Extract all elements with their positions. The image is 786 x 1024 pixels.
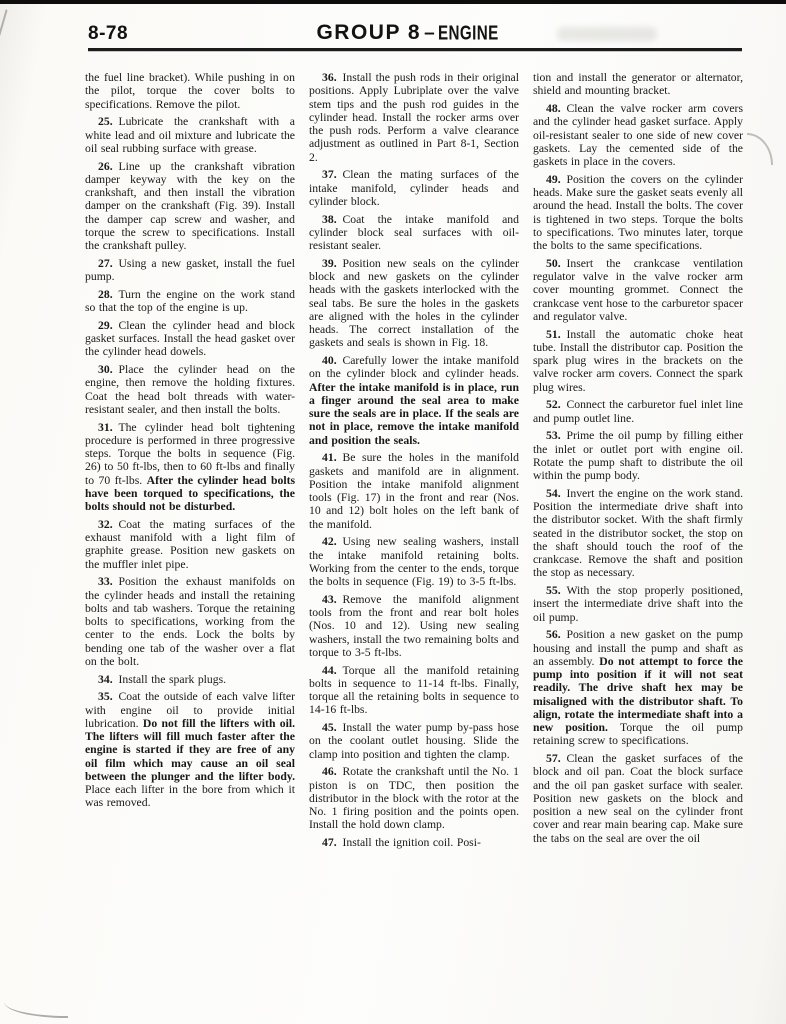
body-text: Line up the crankshaft vibration damper … — [85, 160, 295, 253]
column-3: tion and install the generator or altern… — [533, 71, 743, 1021]
step-paragraph-50: 50. Insert the crankcase ventilation reg… — [533, 257, 743, 323]
body-text: Install the water pump by-pass hose on t… — [309, 721, 519, 761]
body-text: Position the exhaust manifolds on the cy… — [85, 575, 295, 668]
body-text: the fuel line bracket). While pushing in… — [85, 71, 295, 111]
body-text: Be sure the holes in the manifold gasket… — [309, 451, 519, 530]
step-number: 50. — [546, 257, 561, 270]
page-title-group: GROUP 8 — [316, 21, 421, 44]
step-paragraph-39: 39. Position new seals on the cylinder b… — [309, 257, 519, 350]
body-text: Rotate the crankshaft until the No. 1 pi… — [309, 765, 519, 831]
scan-scratch-artifact — [0, 9, 8, 36]
step-number: 34. — [98, 673, 113, 686]
step-number: 31. — [98, 421, 113, 434]
body-text: Coat the intake manifold and cylinder bl… — [309, 213, 519, 253]
step-number: 45. — [322, 721, 337, 734]
step-number: 54. — [546, 487, 561, 500]
step-paragraph-42: 42. Using new sealing washers, install t… — [309, 535, 519, 588]
three-column-body: the fuel line bracket). While pushing in… — [85, 71, 743, 1021]
step-number: 29. — [98, 319, 113, 332]
step-number: 40. — [322, 354, 337, 367]
step-number: 38. — [322, 213, 337, 226]
step-paragraph-51: 51. Install the automatic choke heat tub… — [533, 328, 743, 394]
body-text: Connect the carburetor fuel inlet line a… — [533, 398, 743, 424]
step-number: 28. — [98, 288, 113, 301]
body-text: Turn the engine on the work stand so tha… — [85, 288, 295, 314]
body-text: Place the cylinder head on the engine, t… — [85, 363, 295, 416]
step-paragraph-56: 56. Position a new gasket on the pump ho… — [533, 628, 743, 747]
step-paragraph-49: 49. Position the covers on the cylinder … — [533, 173, 743, 253]
step-paragraph-29: 29. Clean the cylinder head and block ga… — [85, 319, 295, 359]
step-number: 37. — [322, 168, 337, 181]
step-paragraph-41: 41. Be sure the holes in the manifold ga… — [309, 451, 519, 531]
page-title-separator: – — [421, 23, 438, 44]
bold-warning-text: After the intake manifold is in place, r… — [309, 381, 519, 447]
step-paragraph-55: 55. With the stop properly positioned, i… — [533, 584, 743, 624]
step-number: 53. — [546, 429, 561, 442]
step-paragraph-36: 36. Install the push rods in their origi… — [309, 71, 519, 164]
body-text: Clean the mating surfaces of the intake … — [309, 168, 519, 208]
step-paragraph-57: 57. Clean the gasket surfaces of the blo… — [533, 752, 743, 845]
step-number: 52. — [546, 398, 561, 411]
continuation-paragraph: tion and install the generator or altern… — [533, 71, 743, 98]
body-text: Install the ignition coil. Posi- — [342, 836, 480, 849]
step-number: 57. — [546, 752, 561, 765]
step-number: 27. — [98, 257, 113, 270]
body-text: Install the push rods in their original … — [309, 71, 519, 164]
step-number: 43. — [322, 593, 337, 606]
step-number: 25. — [98, 115, 113, 128]
step-paragraph-27: 27. Using a new gasket, install the fuel… — [85, 257, 295, 284]
step-number: 48. — [546, 102, 561, 115]
body-text: Carefully lower the intake manifold on t… — [309, 354, 519, 380]
step-number: 42. — [322, 535, 337, 548]
step-paragraph-46: 46. Rotate the crankshaft until the No. … — [309, 765, 519, 831]
step-number: 47. — [322, 836, 337, 849]
step-paragraph-53: 53. Prime the oil pump by filling either… — [533, 429, 743, 482]
step-number: 49. — [546, 173, 561, 186]
step-paragraph-31: 31. The cylinder head bolt tightening pr… — [85, 421, 295, 514]
step-paragraph-40: 40. Carefully lower the intake manifold … — [309, 354, 519, 447]
step-number: 51. — [546, 328, 561, 341]
step-paragraph-33: 33. Position the exhaust manifolds on th… — [85, 575, 295, 668]
step-number: 30. — [98, 363, 113, 376]
body-text: Invert the engine on the work stand. Pos… — [533, 487, 743, 580]
step-paragraph-54: 54. Invert the engine on the work stand.… — [533, 487, 743, 580]
step-paragraph-48: 48. Clean the valve rocker arm covers an… — [533, 102, 743, 168]
step-number: 56. — [546, 628, 561, 641]
ink-bleedthrough-smudge — [557, 27, 657, 41]
step-number: 44. — [322, 664, 337, 677]
body-text: tion and install the generator or altern… — [533, 71, 743, 97]
body-text: Position new seals on the cylinder block… — [309, 257, 519, 350]
step-paragraph-38: 38. Coat the intake manifold and cylinde… — [309, 213, 519, 253]
body-text: Using a new gasket, install the fuel pum… — [85, 257, 295, 283]
body-text: Place each lifter in the bore from which… — [85, 783, 295, 809]
body-text: Clean the cylinder head and block gasket… — [85, 319, 295, 359]
column-2: 36. Install the push rods in their origi… — [309, 71, 519, 1021]
step-number: 33. — [98, 575, 113, 588]
column-1: the fuel line bracket). While pushing in… — [85, 71, 295, 1021]
body-text: Torque all the manifold retaining bolts … — [309, 664, 519, 717]
step-paragraph-34: 34. Install the spark plugs. — [85, 673, 295, 686]
step-number: 55. — [546, 584, 561, 597]
step-number: 46. — [322, 765, 337, 778]
manual-page: 8-78 GROUP 8–ENGINE the fuel line bracke… — [0, 0, 786, 1024]
step-paragraph-28: 28. Turn the engine on the work stand so… — [85, 288, 295, 315]
step-paragraph-37: 37. Clean the mating surfaces of the int… — [309, 168, 519, 208]
page-title-section: ENGINE — [438, 22, 499, 46]
scan-top-edge — [0, 0, 786, 4]
step-paragraph-26: 26. Line up the crankshaft vibration dam… — [85, 160, 295, 253]
step-paragraph-32: 32. Coat the mating surfaces of the exha… — [85, 518, 295, 571]
body-text: Insert the crankcase ventilation regulat… — [533, 257, 743, 323]
body-text: Using new sealing washers, install the i… — [309, 535, 519, 588]
step-paragraph-30: 30. Place the cylinder head on the engin… — [85, 363, 295, 416]
body-text: Coat the mating surfaces of the exhaust … — [85, 518, 295, 571]
step-number: 39. — [322, 257, 337, 270]
step-paragraph-25: 25. Lubricate the crankshaft with a whit… — [85, 115, 295, 155]
step-paragraph-43: 43. Remove the manifold alignment tools … — [309, 593, 519, 659]
body-text: Remove the manifold alignment tools from… — [309, 593, 519, 659]
step-number: 35. — [98, 690, 113, 703]
body-text: Prime the oil pump by filling either the… — [533, 429, 743, 482]
body-text: Install the automatic choke heat tube. I… — [533, 328, 743, 394]
body-text: Clean the valve rocker arm covers and th… — [533, 102, 743, 168]
header-rule — [88, 48, 742, 51]
step-paragraph-45: 45. Install the water pump by-pass hose … — [309, 721, 519, 761]
continuation-paragraph: the fuel line bracket). While pushing in… — [85, 71, 295, 111]
page-curl-artifact-top-right — [747, 133, 773, 165]
step-paragraph-47: 47. Install the ignition coil. Posi- — [309, 836, 519, 849]
step-paragraph-35: 35. Coat the outside of each valve lifte… — [85, 690, 295, 809]
body-text: Position the covers on the cylinder head… — [533, 173, 743, 252]
body-text: Lubricate the crankshaft with a white le… — [85, 115, 295, 155]
page-curl-artifact-bottom-left — [4, 1002, 68, 1018]
step-number: 41. — [322, 451, 337, 464]
step-number: 32. — [98, 518, 113, 531]
body-text: Clean the gasket surfaces of the block a… — [533, 752, 743, 845]
step-paragraph-52: 52. Connect the carburetor fuel inlet li… — [533, 398, 743, 425]
step-number: 36. — [322, 71, 337, 84]
body-text: With the stop properly positioned, inser… — [533, 584, 743, 624]
step-paragraph-44: 44. Torque all the manifold retaining bo… — [309, 664, 519, 717]
step-number: 26. — [98, 160, 113, 173]
body-text: Install the spark plugs. — [118, 673, 226, 686]
